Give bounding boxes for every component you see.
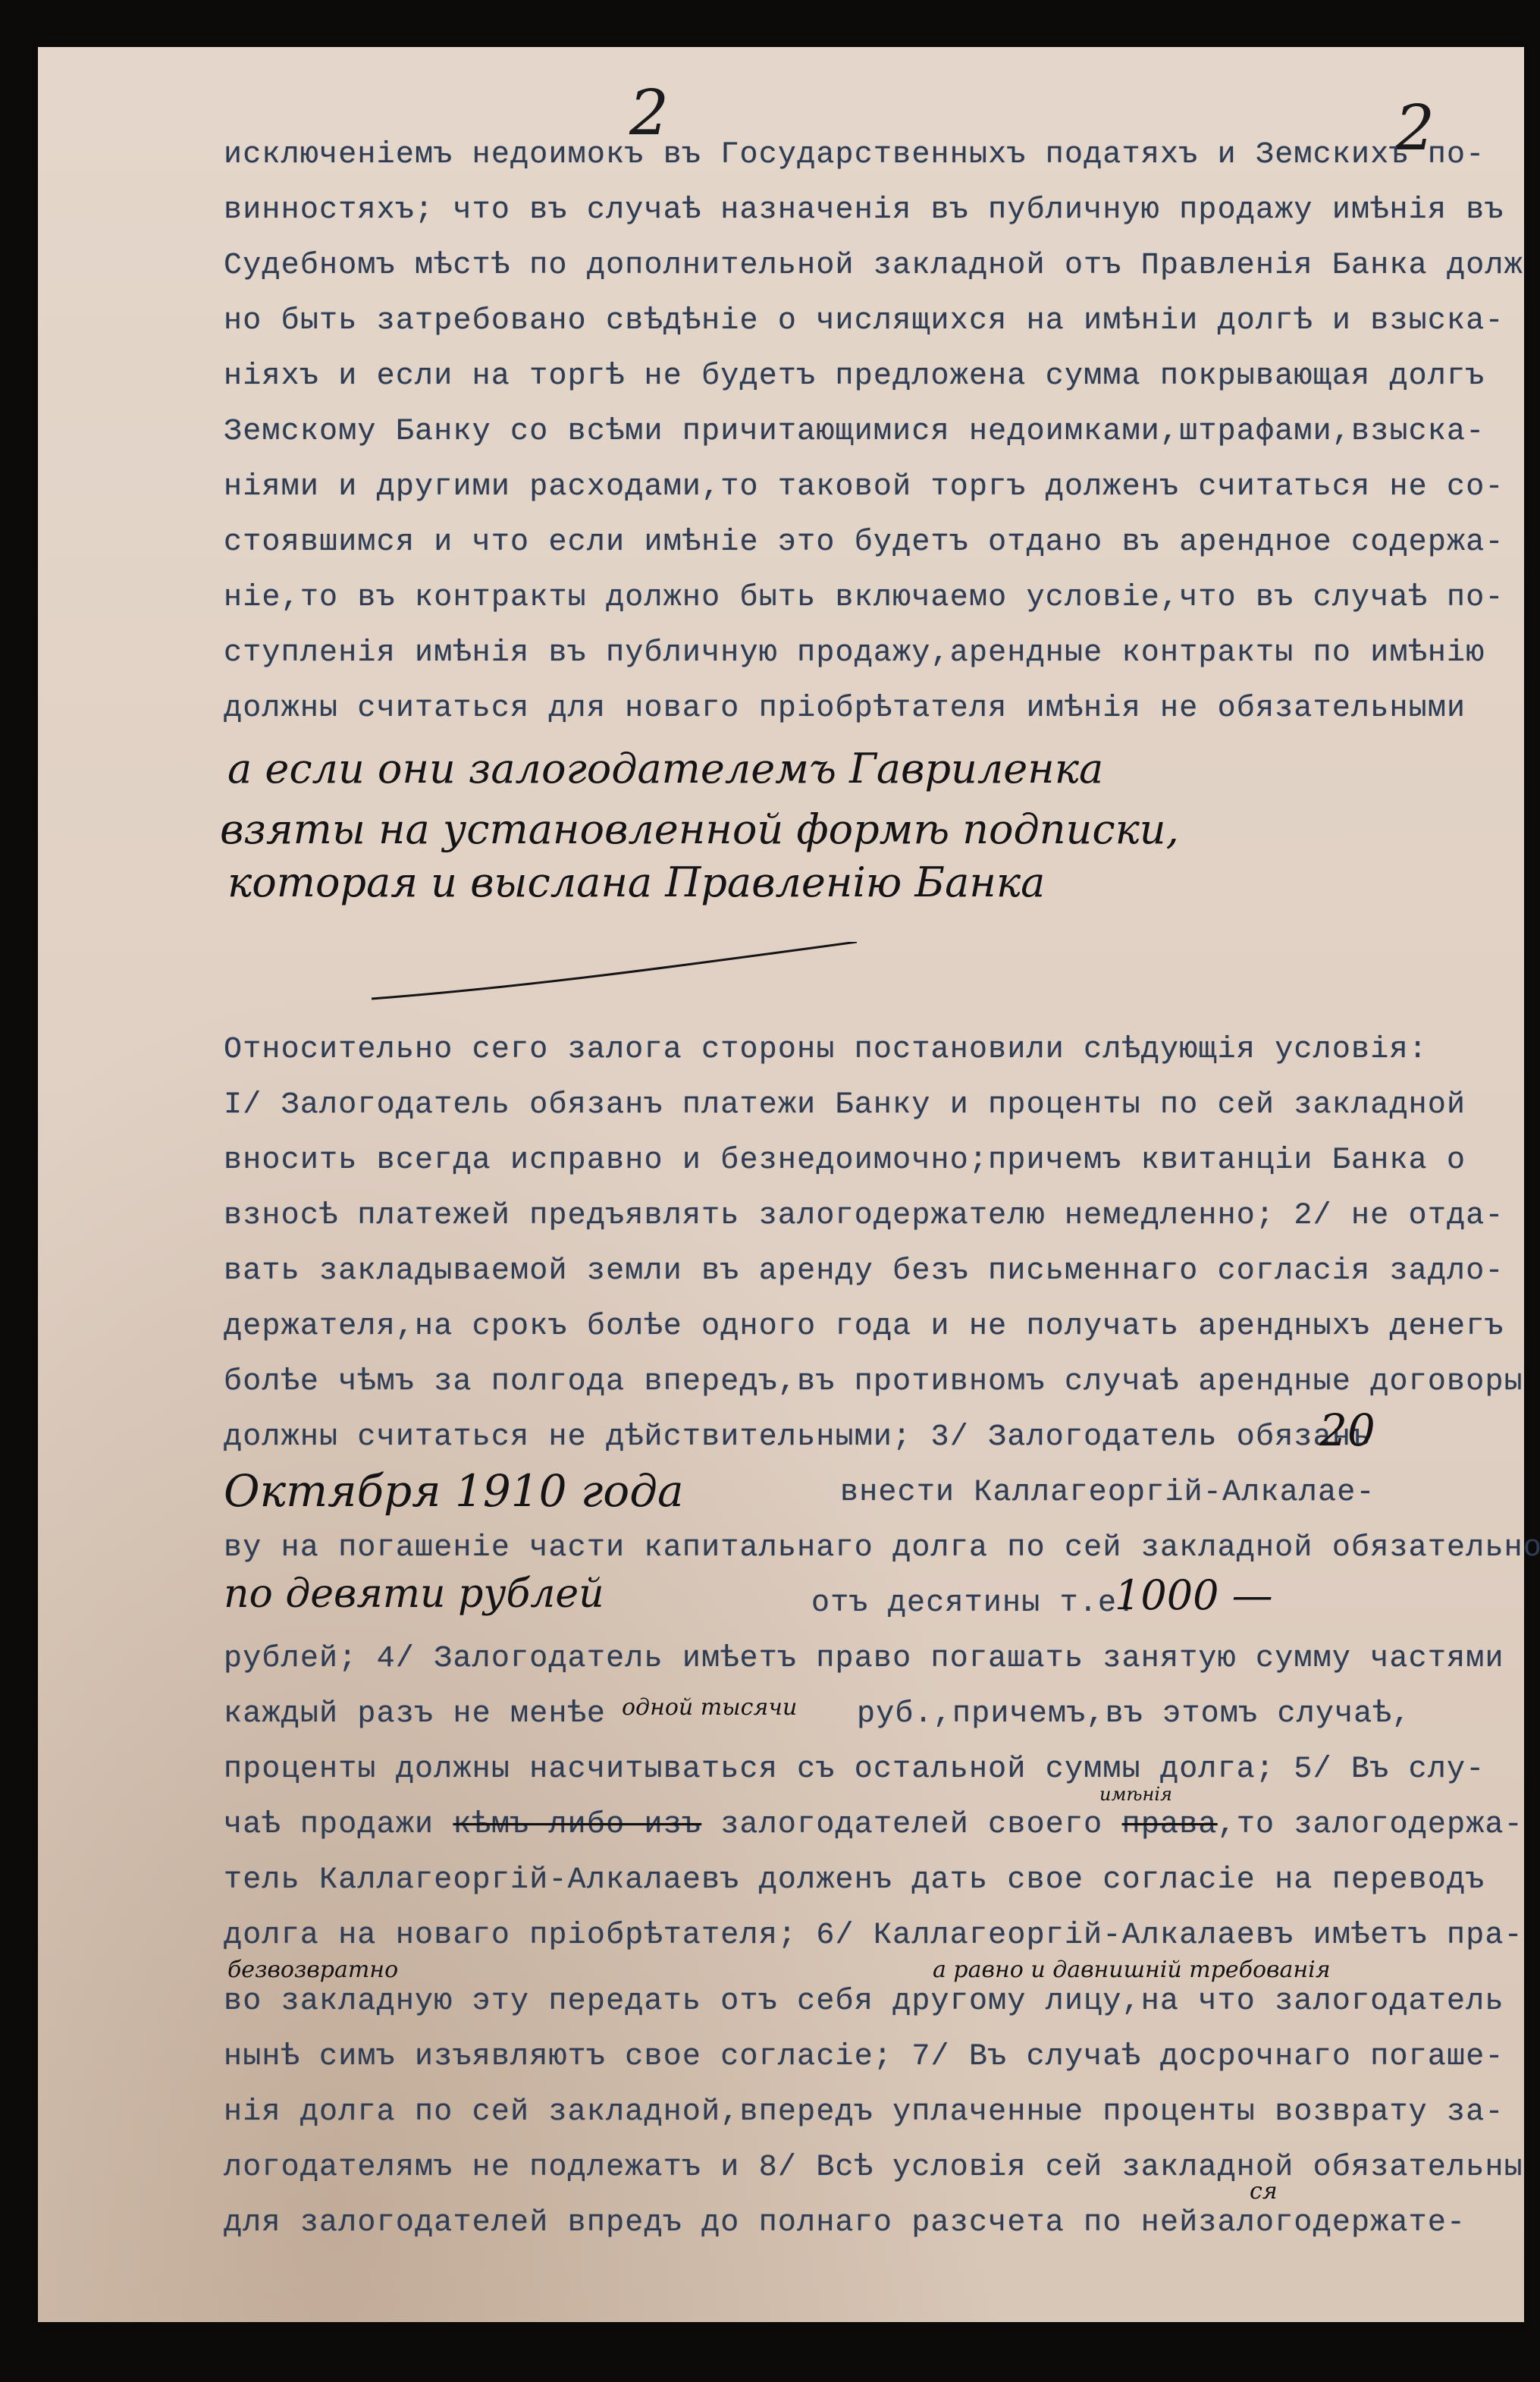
- handwritten-rate: по девяти рублей: [224, 1571, 604, 1617]
- struck-text: права: [1122, 1808, 1218, 1842]
- document-page: 2 2 исключенiемъ недоимокъ въ Государств…: [38, 47, 1524, 2322]
- typed-line: тель Каллагеоргiй-Алкалаевъ долженъ дать…: [224, 1863, 1485, 1897]
- typed-line: стоявшимся и что если имѣнiе это будетъ …: [224, 526, 1504, 560]
- typed-line: долга на новаго прiобрѣтателя; 6/ Каллаг…: [224, 1919, 1523, 1953]
- flourish-stroke: [372, 942, 857, 1003]
- handwritten-min-amount: одной тысячи: [622, 1694, 797, 1721]
- typed-line: вносить всегда исправно и безнедоимочно;…: [224, 1144, 1466, 1178]
- typed-line: проценты должны насчитываться съ остальн…: [224, 1753, 1485, 1787]
- typed-line: взносѣ платежей предъявлять залогодержат…: [224, 1199, 1504, 1233]
- typed-line: Земскому Банку со всѣми причитающимися н…: [224, 415, 1485, 449]
- typed-line: должны считаться для новаго прiобрѣтател…: [224, 692, 1466, 726]
- handwritten-correction: ся: [1250, 2178, 1278, 2205]
- typed-line: отъ десятины т.е.: [811, 1586, 1136, 1621]
- handwritten-margin-note: а равно и давнишнiй требованiя: [933, 1957, 1331, 1983]
- typed-line: каждый разъ не менѣе: [224, 1697, 606, 1731]
- typed-text: чаѣ продажи: [224, 1808, 453, 1842]
- typed-text: ,то залогодержа-: [1218, 1808, 1523, 1842]
- typed-text: залогодателей своего: [701, 1808, 1122, 1842]
- typed-line: держателя,на срокъ болѣе одного года и н…: [224, 1310, 1504, 1344]
- handwritten-correction: имѣнiя: [1099, 1784, 1172, 1805]
- typed-line: нiе,то въ контракты должно быть включаем…: [224, 581, 1504, 615]
- typed-line: во закладную эту передать отъ себя друго…: [224, 1985, 1504, 2019]
- typed-line: чаѣ продажи кѣмъ либо изъ залогодателей …: [224, 1808, 1523, 1842]
- handwritten-amount: 1000 —: [1115, 1571, 1273, 1619]
- handwritten-date-day: 20: [1319, 1404, 1375, 1456]
- handwritten-insert-line: взяты на установленной формѣ подписки,: [220, 805, 1179, 853]
- typed-line: для залогодателей впредъ до полнаго разс…: [224, 2206, 1466, 2240]
- typed-line: исключенiемъ недоимокъ въ Государственны…: [224, 138, 1485, 172]
- typed-line: болѣе чѣмъ за полгода впередъ,въ противн…: [224, 1365, 1523, 1399]
- handwritten-date: Октября 1910 года: [224, 1465, 684, 1517]
- typed-line: должны считаться не дѣйствительными; 3/ …: [224, 1420, 1370, 1455]
- handwritten-insert-line: которая и выслана Правленiю Банка: [227, 858, 1045, 906]
- handwritten-insert-line: а если они залогодателемъ Гавриленка: [227, 745, 1103, 792]
- typed-line: нiяхъ и если на торгѣ не будетъ предложе…: [224, 359, 1485, 394]
- typed-line: внести Каллагеоргiй-Алкалае-: [840, 1476, 1375, 1510]
- typed-line: нiями и другими расходами,то таковой тор…: [224, 470, 1504, 504]
- typed-line: Судебномъ мѣстѣ по дополнительной заклад…: [224, 249, 1523, 283]
- typed-line: нынѣ симъ изъявляютъ свое согласiе; 7/ В…: [224, 2040, 1504, 2074]
- typed-line: I/ Залогодатель обязанъ платежи Банку и …: [224, 1088, 1466, 1122]
- typed-line: логодателямъ не подлежатъ и 8/ Всѣ услов…: [224, 2151, 1523, 2185]
- typed-line: ву на погашенiе части капитальнаго долга…: [224, 1531, 1540, 1565]
- typed-line: Относительно сего залога стороны постано…: [224, 1033, 1428, 1067]
- handwritten-margin-note: безвозвратно: [227, 1957, 398, 1983]
- struck-text: кѣмъ либо изъ: [453, 1808, 701, 1842]
- typed-line: но быть затребовано свѣдѣнiе о числящихс…: [224, 304, 1504, 338]
- typed-line: ступленiя имѣнiя въ публичную продажу,ар…: [224, 636, 1485, 670]
- typed-line: руб.,причемъ,въ этомъ случаѣ,: [857, 1697, 1411, 1731]
- typed-line: нiя долга по сей закладной,впередъ уплач…: [224, 2095, 1504, 2129]
- typed-line: винностяхъ; что въ случаѣ назначенiя въ …: [224, 193, 1504, 228]
- typed-line: вать закладываемой земли въ аренду безъ …: [224, 1254, 1504, 1288]
- typed-line: рублей; 4/ Залогодатель имѣетъ право пог…: [224, 1642, 1504, 1676]
